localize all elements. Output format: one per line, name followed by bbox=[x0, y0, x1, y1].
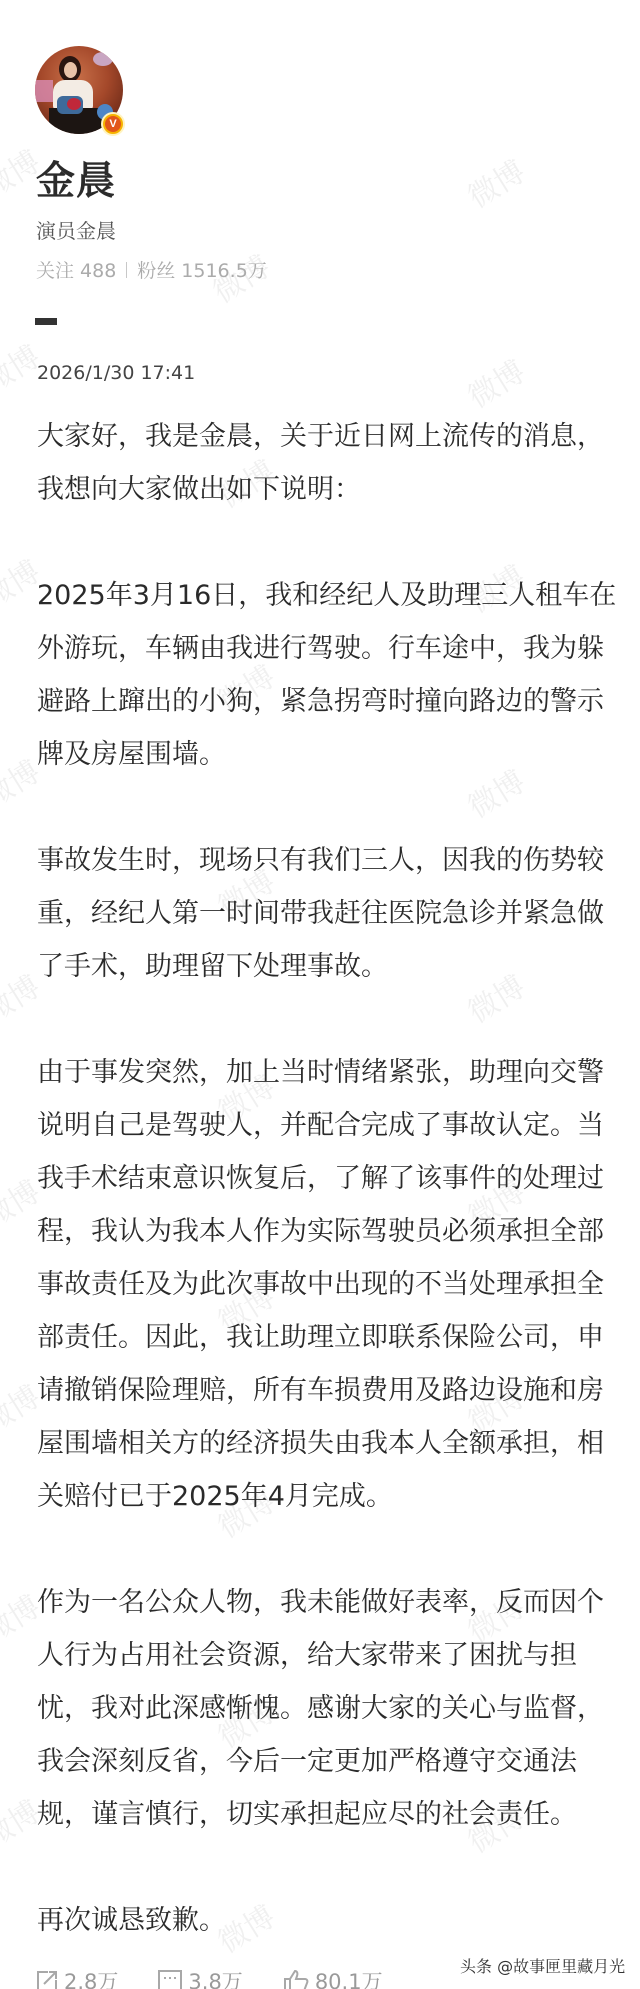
profile-subtitle: 演员金晨 bbox=[36, 215, 116, 244]
text-line: 请撤销保险理赔，所有车损费用及路边设施和房 bbox=[37, 1364, 613, 1417]
repost-count: 2.8万 bbox=[64, 1966, 118, 1989]
comment-count: 3.8万 bbox=[188, 1966, 242, 1989]
text-line: 避路上蹿出的小狗，紧急拐弯时撞向路边的警示 bbox=[37, 675, 613, 728]
text-line: 大家好，我是金晨，关于近日网上流传的消息， bbox=[37, 410, 613, 463]
text-line: 我手术结束意识恢复后，了解了该事件的处理过 bbox=[37, 1152, 613, 1205]
text-line: 我想向大家做出如下说明： bbox=[37, 463, 613, 516]
post-action-bar: 2.8万 3.8万 80.1万 bbox=[36, 1966, 423, 1989]
paragraph: 大家好，我是金晨，关于近日网上流传的消息， 我想向大家做出如下说明： bbox=[37, 410, 613, 516]
like-count: 80.1万 bbox=[315, 1966, 383, 1989]
paragraph-gap bbox=[37, 781, 613, 834]
text-line: 程，我认为我本人作为实际驾驶员必须承担全部 bbox=[37, 1205, 613, 1258]
text-line: 外游玩，车辆由我进行驾驶。行车途中，我为躲 bbox=[37, 622, 613, 675]
following-label: 关注 bbox=[36, 260, 74, 282]
weibo-watermark: 微博 bbox=[458, 147, 532, 216]
post-timestamp: 2026/1/30 17:41 bbox=[37, 362, 195, 384]
text-line: 事故责任及为此次事故中出现的不当处理承担全 bbox=[37, 1258, 613, 1311]
text-line: 说明自己是驾驶人，并配合完成了事故认定。当 bbox=[37, 1099, 613, 1152]
comment-icon bbox=[158, 1970, 182, 1989]
paragraph: 2025年3月16日，我和经纪人及助理三人租车在 外游玩，车辆由我进行驾驶。行车… bbox=[37, 569, 613, 781]
paragraph-gap bbox=[37, 516, 613, 569]
weibo-watermark: 微博 bbox=[458, 347, 532, 416]
section-divider bbox=[35, 318, 57, 325]
text-line: 规，谨言慎行，切实承担起应尽的社会责任。 bbox=[37, 1788, 613, 1841]
following-link[interactable]: 关注488 bbox=[36, 256, 116, 283]
like-button[interactable]: 80.1万 bbox=[283, 1966, 383, 1989]
paragraph: 作为一名公众人物，我未能做好表率，反而因个 人行为占用社会资源，给大家带来了困扰… bbox=[37, 1576, 613, 1841]
paragraph: 事故发生时，现场只有我们三人，因我的伤势较 重，经纪人第一时间带我赶往医院急诊并… bbox=[37, 834, 613, 993]
avatar-art bbox=[93, 52, 113, 66]
source-credit-watermark: 头条 @故事匣里藏月光 bbox=[460, 1954, 625, 1977]
paragraph-gap bbox=[37, 1841, 613, 1894]
text-line: 事故发生时，现场只有我们三人，因我的伤势较 bbox=[37, 834, 613, 887]
profile-stats: 关注488 粉丝1516.5万 bbox=[36, 256, 267, 283]
paragraph: 由于事发突然，加上当时情绪紧张，助理向交警 说明自己是驾驶人，并配合完成了事故认… bbox=[37, 1046, 613, 1523]
paragraph-gap bbox=[37, 1523, 613, 1576]
followers-count: 1516.5万 bbox=[181, 260, 266, 282]
verified-v-glyph: V bbox=[105, 116, 121, 132]
text-line: 再次诚恳致歉。 bbox=[37, 1894, 613, 1947]
text-line: 我会深刻反省，今后一定更加严格遵守交通法 bbox=[37, 1735, 613, 1788]
paragraph: 再次诚恳致歉。 bbox=[37, 1894, 613, 1947]
profile-name[interactable]: 金晨 bbox=[36, 150, 116, 206]
text-line: 作为一名公众人物，我未能做好表率，反而因个 bbox=[37, 1576, 613, 1629]
paragraph-gap bbox=[37, 993, 613, 1046]
text-line: 2025年3月16日，我和经纪人及助理三人租车在 bbox=[37, 569, 613, 622]
text-line: 了手术，助理留下处理事故。 bbox=[37, 940, 613, 993]
text-line: 人行为占用社会资源，给大家带来了困扰与担 bbox=[37, 1629, 613, 1682]
text-line: 屋围墙相关方的经济损失由我本人全额承担，相 bbox=[37, 1417, 613, 1470]
post-body: 大家好，我是金晨，关于近日网上流传的消息， 我想向大家做出如下说明： 2025年… bbox=[37, 410, 613, 1947]
text-line: 重，经纪人第一时间带我赶往医院急诊并紧急做 bbox=[37, 887, 613, 940]
followers-link[interactable]: 粉丝1516.5万 bbox=[137, 256, 267, 283]
text-line: 部责任。因此，我让助理立即联系保险公司，申 bbox=[37, 1311, 613, 1364]
avatar-art bbox=[67, 98, 81, 110]
thumbs-up-icon bbox=[283, 1969, 309, 1989]
stats-divider bbox=[126, 262, 127, 278]
repost-icon bbox=[36, 1970, 58, 1989]
text-line: 关赔付已于2025年4月完成。 bbox=[37, 1470, 613, 1523]
avatar-art bbox=[35, 80, 53, 102]
text-line: 牌及房屋围墙。 bbox=[37, 728, 613, 781]
text-line: 忧，我对此深感惭愧。感谢大家的关心与监督， bbox=[37, 1682, 613, 1735]
avatar-art bbox=[64, 62, 77, 78]
verified-badge-icon: V bbox=[101, 112, 125, 136]
repost-button[interactable]: 2.8万 bbox=[36, 1966, 118, 1989]
followers-label: 粉丝 bbox=[137, 260, 175, 282]
comment-button[interactable]: 3.8万 bbox=[158, 1966, 242, 1989]
text-line: 由于事发突然，加上当时情绪紧张，助理向交警 bbox=[37, 1046, 613, 1099]
following-count: 488 bbox=[80, 260, 116, 282]
